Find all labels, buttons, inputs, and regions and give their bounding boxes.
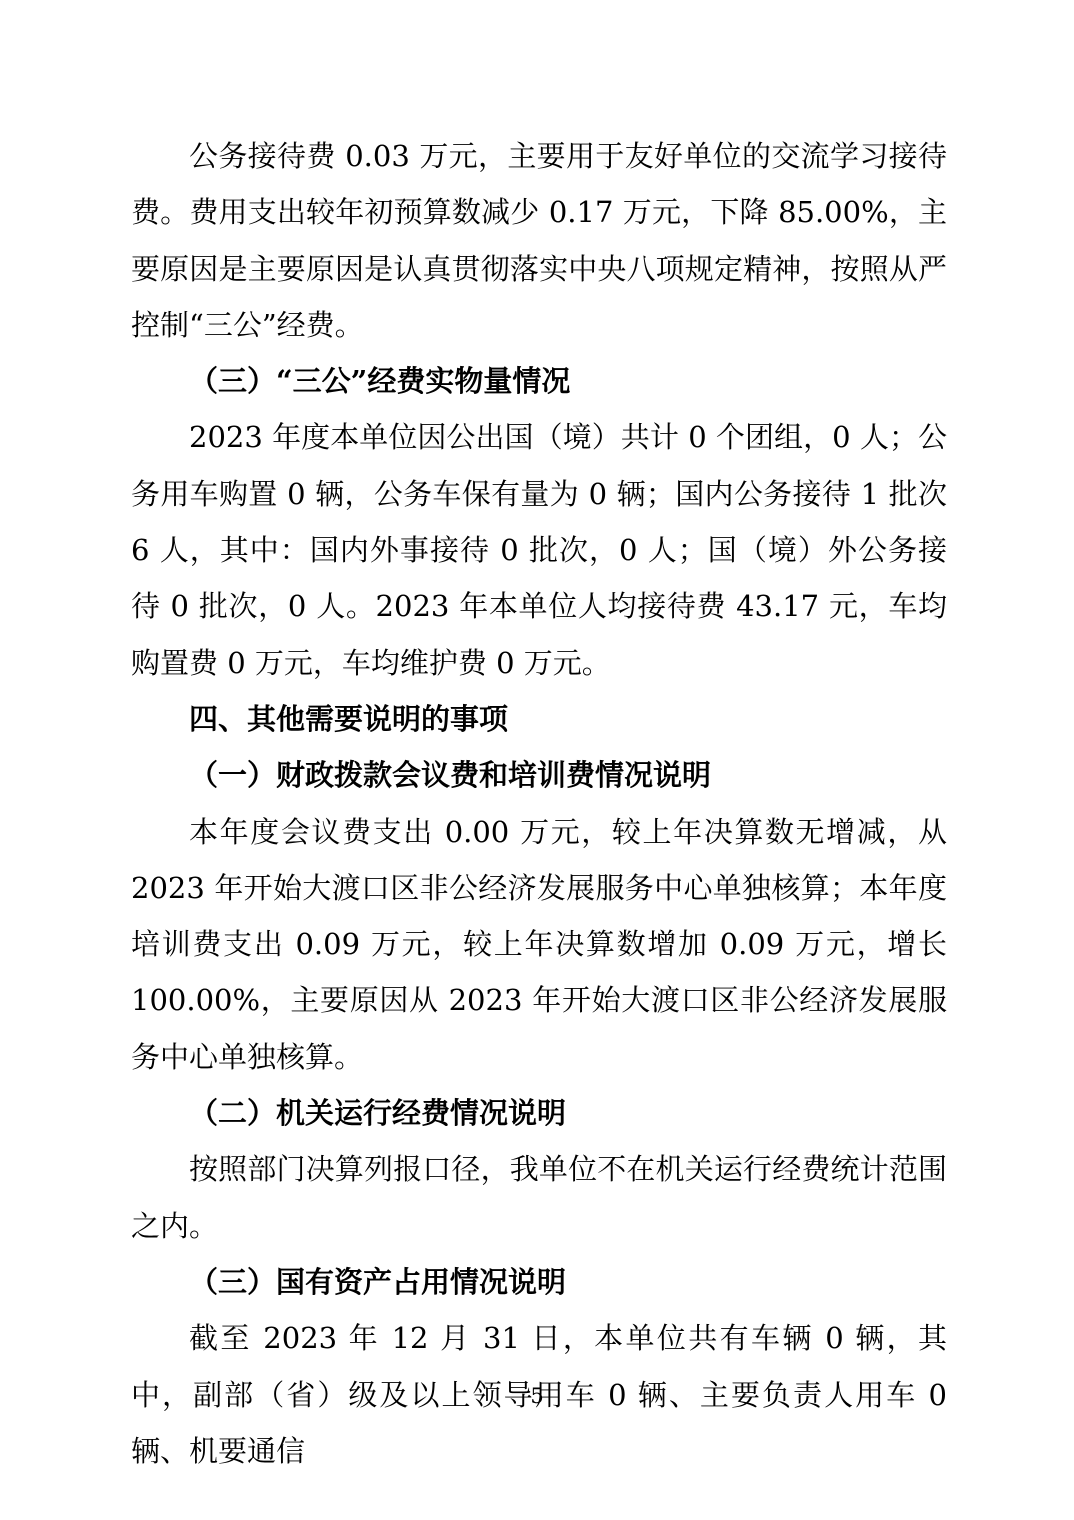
heading-three-public-expense-physical-quantity: （三）“三公”经费实物量情况 bbox=[131, 353, 947, 409]
paragraph-meeting-training-fee-details: 本年度会议费支出 0.00 万元，较上年决算数无增减，从 2023 年开始大渡口… bbox=[131, 804, 947, 1085]
paragraph-official-reception-expense: 公务接待费 0.03 万元，主要用于友好单位的交流学习接待费。费用支出较年初预算… bbox=[131, 128, 947, 353]
paragraph-physical-quantity-details: 2023 年度本单位因公出国（境）共计 0 个团组，0 人；公务用车购置 0 辆… bbox=[131, 409, 947, 690]
heading-section-four-other-matters: 四、其他需要说明的事项 bbox=[131, 691, 947, 747]
document-page: 公务接待费 0.03 万元，主要用于友好单位的交流学习接待费。费用支出较年初预算… bbox=[0, 0, 1074, 1520]
paragraph-agency-operating-expense-details: 按照部门决算列报口径，我单位不在机关运行经费统计范围之内。 bbox=[131, 1141, 947, 1254]
heading-meeting-and-training-fee: （一）财政拨款会议费和培训费情况说明 bbox=[131, 747, 947, 803]
heading-agency-operating-expense: （二）机关运行经费情况说明 bbox=[131, 1085, 947, 1141]
page-number: 5 bbox=[0, 1383, 1074, 1409]
heading-state-owned-assets-occupancy: （三）国有资产占用情况说明 bbox=[131, 1254, 947, 1310]
document-body: 公务接待费 0.03 万元，主要用于友好单位的交流学习接待费。费用支出较年初预算… bbox=[131, 128, 947, 1479]
